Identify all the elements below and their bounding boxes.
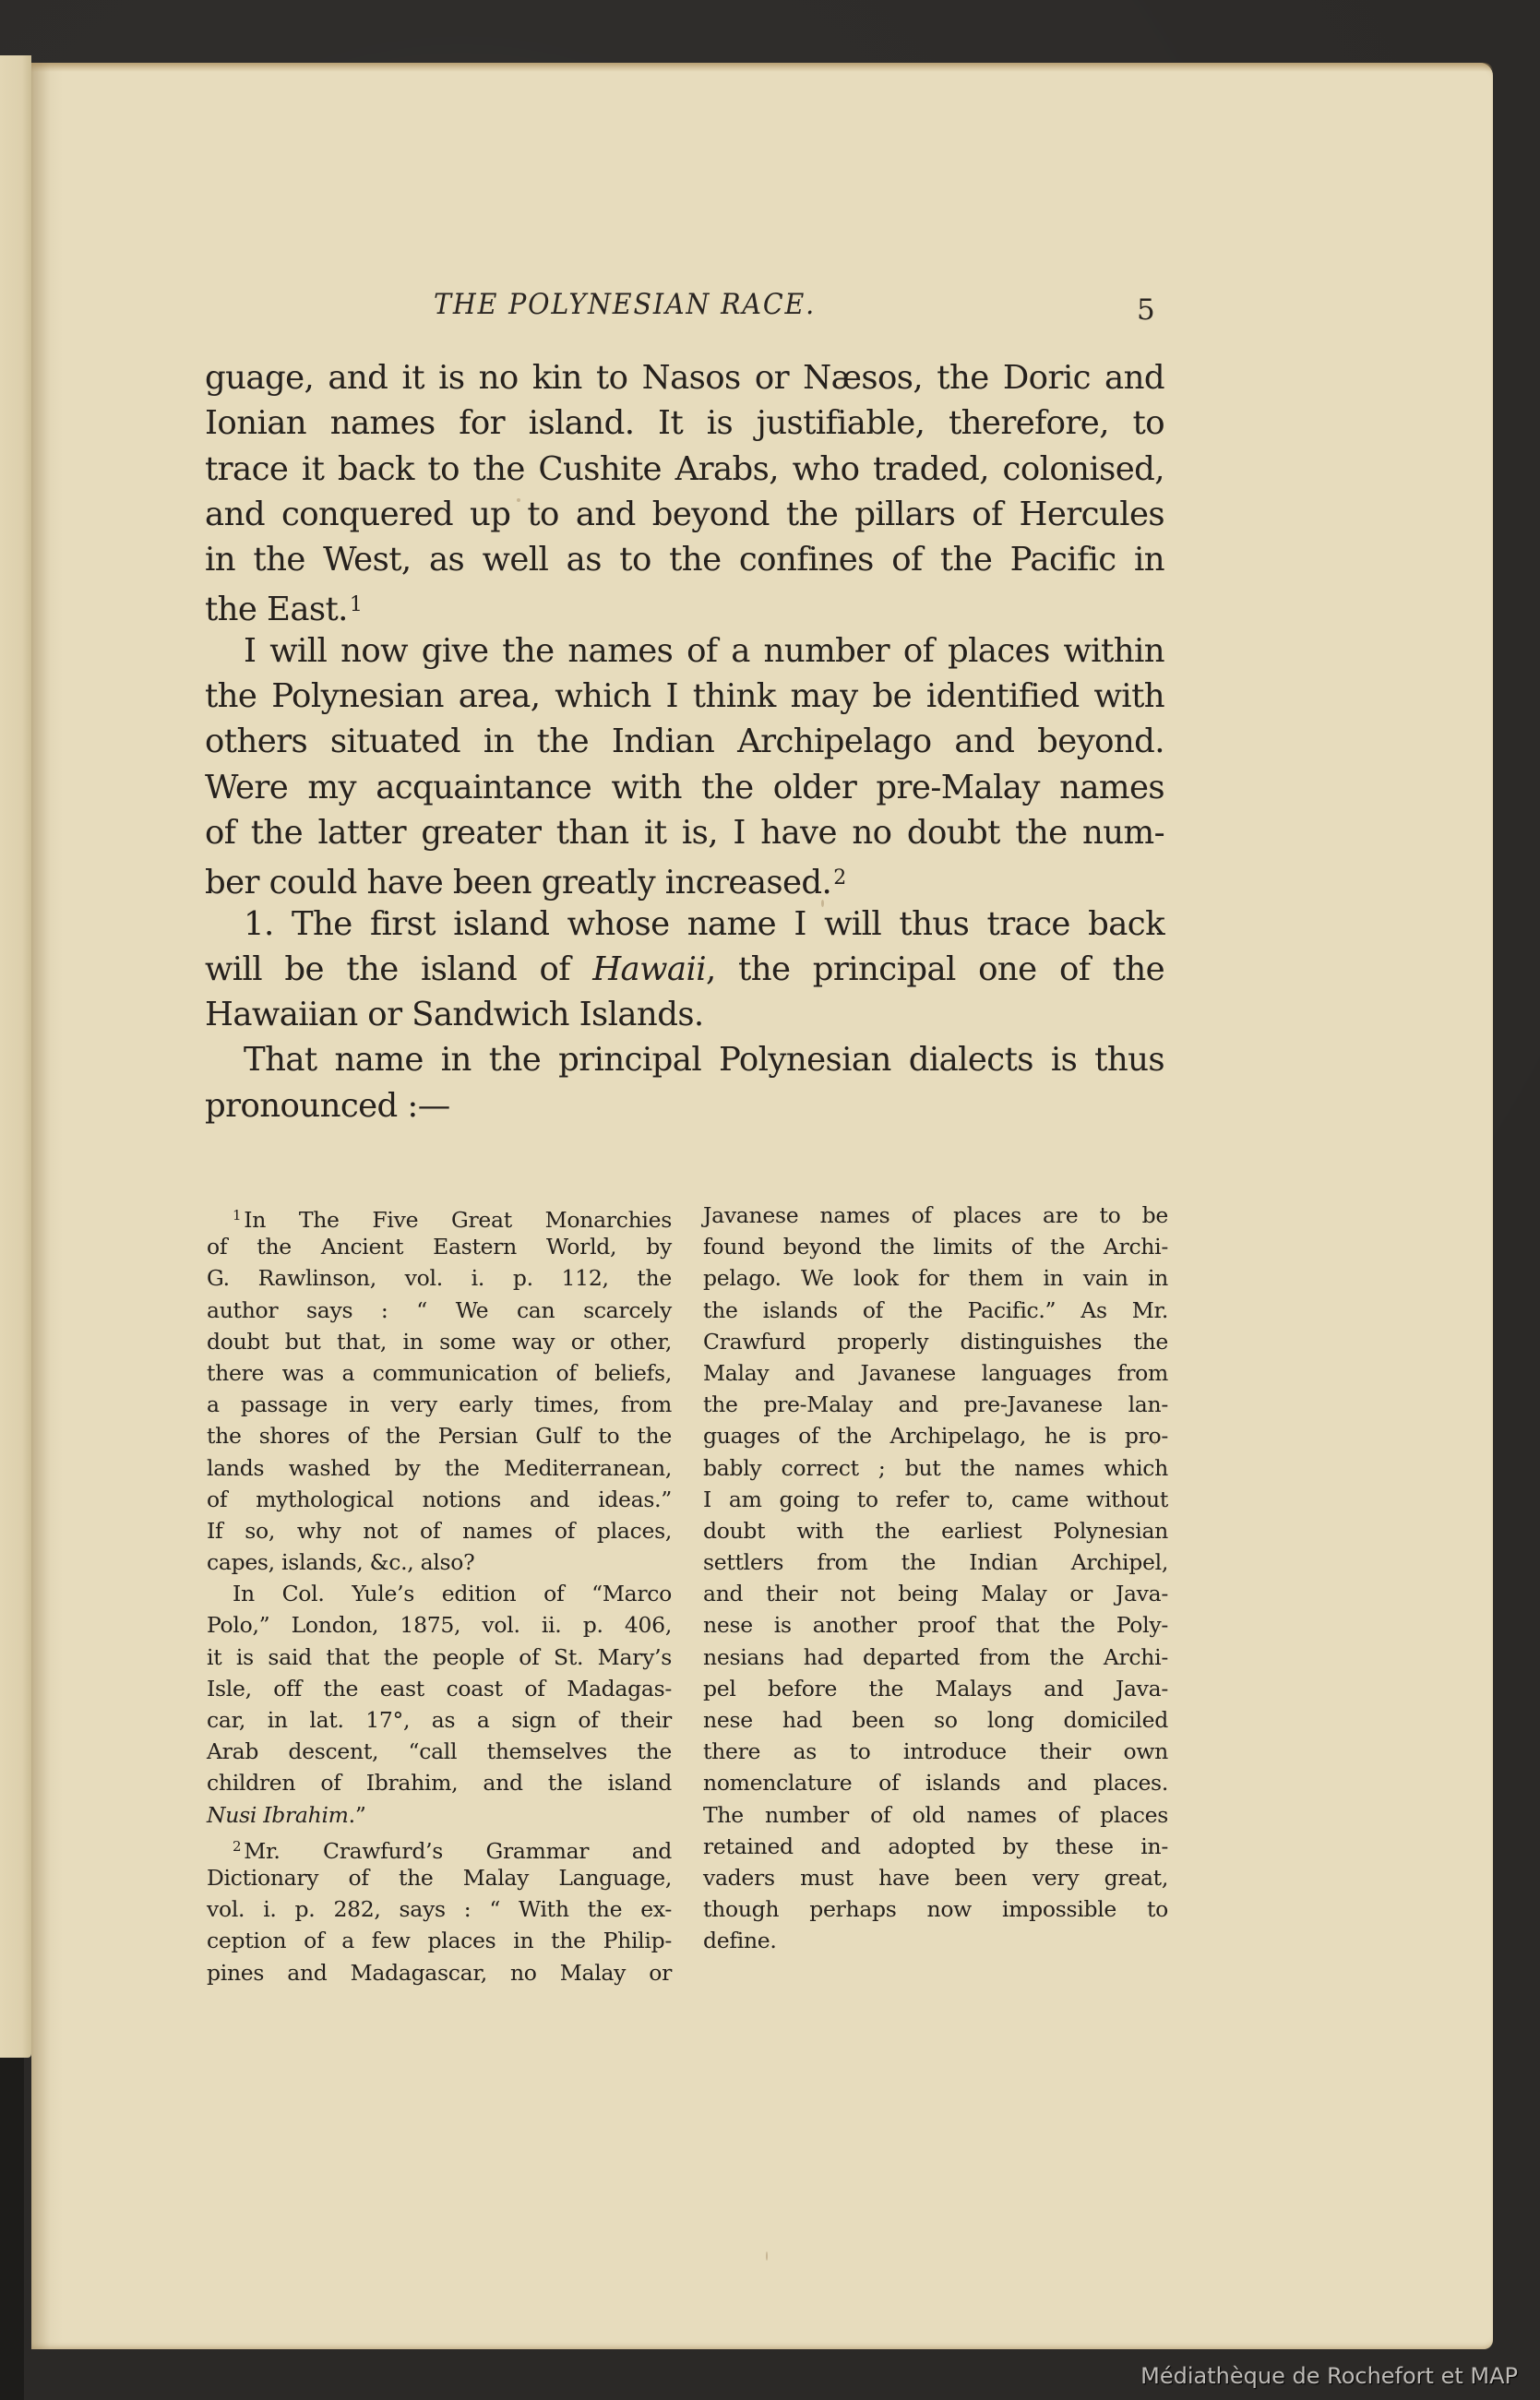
footnote-line: Malay and Javanese languages from [703, 1357, 1168, 1389]
body-line: Were my acquaintance with the older pre-… [205, 765, 1164, 810]
footnote-line: Nusi Ibrahim.” [207, 1799, 672, 1831]
footnote-line: capes, islands, &c., also? [207, 1546, 672, 1578]
body-line: others situated in the Indian Archipelag… [205, 719, 1164, 764]
body-line: and conquered up to and beyond the pilla… [205, 492, 1164, 537]
footnote-line: guages of the Archipelago, he is pro- [703, 1420, 1168, 1451]
footnote-line: define. [703, 1925, 1168, 1956]
running-head: THE POLYNESIAN RACE. [434, 288, 842, 321]
body-line: I will now give the names of a number of… [205, 628, 1164, 674]
footnote-line: it is said that the people of St. Mary’s [207, 1642, 672, 1673]
footnote-line: Crawfurd properly distinguishes the [703, 1326, 1168, 1357]
footnote-line: though perhaps now impossible to [703, 1893, 1168, 1925]
binding-shadow [0, 2058, 24, 2400]
footnote-column-right: Javanese names of places are to be found… [703, 1200, 1168, 1988]
body-text: guage, and it is no kin to Nasos or Næso… [205, 355, 1164, 1128]
footnote-line: Polo,” London, 1875, vol. ii. p. 406, [207, 1609, 672, 1641]
footnote-line: there was a communication of beliefs, [207, 1357, 672, 1389]
footnote-line: retained and adopted by these in- [703, 1831, 1168, 1862]
footnote-line: found beyond the limits of the Archi- [703, 1231, 1168, 1262]
footnote-line: a passage in very early times, from [207, 1389, 672, 1420]
footnote-line: nese had been so long domiciled [703, 1704, 1168, 1736]
watermark: Médiathèque de Rochefort et MAP [1140, 2363, 1518, 2389]
footnote-line: the islands of the Pacific.” As Mr. [703, 1295, 1168, 1326]
footnote-line: G. Rawlinson, vol. i. p. 112, the [207, 1262, 672, 1294]
footnote-line: settlers from the Indian Archipel, [703, 1546, 1168, 1578]
previous-page-edge [0, 55, 31, 2058]
footnote-line: lands washed by the Mediterranean, [207, 1452, 672, 1484]
body-line: the Polynesian area, which I think may b… [205, 674, 1164, 719]
footnote-line: children of Ibrahim, and the island [207, 1767, 672, 1798]
footnote-line: nese is another proof that the Poly- [703, 1609, 1168, 1641]
paper-speck [517, 498, 520, 502]
footnote-line: Isle, off the east coast of Madagas- [207, 1673, 672, 1704]
footnote-line: car, in lat. 17°, as a sign of their [207, 1704, 672, 1736]
footnote-line: doubt but that, in some way or other, [207, 1326, 672, 1357]
footnote-line: author says : “ We can scarcely [207, 1295, 672, 1326]
footnote-line: nomenclature of islands and places. [703, 1767, 1168, 1798]
footnote-ref-2: 2 [833, 866, 845, 890]
paper-speck [766, 2251, 768, 2261]
page-top-edge [31, 63, 1493, 72]
footnote-line: doubt with the earliest Polynesian [703, 1515, 1168, 1546]
footnote-line: pel before the Malays and Java- [703, 1673, 1168, 1704]
footnote-line: pelago. We look for them in vain in [703, 1262, 1168, 1294]
footnote-line: vol. i. p. 282, says : “ With the ex- [207, 1893, 672, 1925]
footnote-column-left: 1In The Five Great Monarchies of the Anc… [207, 1200, 672, 1988]
footnote-line: The number of old names of places [703, 1799, 1168, 1831]
footnote-ref-1: 1 [350, 593, 362, 616]
footnote-line: If so, why not of names of places, [207, 1515, 672, 1546]
footnote-line: of the Ancient Eastern World, by [207, 1231, 672, 1262]
footnote-line: In Col. Yule’s edition of “Marco [207, 1578, 672, 1609]
footnote-line: and their not being Malay or Java- [703, 1578, 1168, 1609]
footnote-line: Arab descent, “call themselves the [207, 1736, 672, 1767]
footnote-marker-1: 1 [233, 1207, 241, 1224]
body-line: Ionian names for island. It is justifiab… [205, 400, 1164, 446]
page-number: 5 [1137, 293, 1155, 327]
footnote-line: Dictionary of the Malay Language, [207, 1862, 672, 1893]
footnote-line: ception of a few places in the Philip- [207, 1925, 672, 1956]
body-line: trace it back to the Cushite Arabs, who … [205, 447, 1164, 492]
body-line: That name in the principal Polynesian di… [205, 1037, 1164, 1082]
footnote-line: 1In The Five Great Monarchies [207, 1200, 672, 1231]
footnote-line: 2Mr. Crawfurd’s Grammar and [207, 1831, 672, 1862]
footnote-line: there as to introduce their own [703, 1736, 1168, 1767]
body-line: Hawaiian or Sandwich Islands. [205, 992, 1164, 1037]
body-line: 1. The first island whose name I will th… [205, 901, 1164, 947]
footnote-line: the shores of the Persian Gulf to the [207, 1420, 672, 1451]
body-line: will be the island of Hawaii, the princi… [205, 947, 1164, 992]
footnote-line: I am going to refer to, came without [703, 1484, 1168, 1515]
footnotes: 1In The Five Great Monarchies of the Anc… [207, 1200, 1168, 1988]
body-line: guage, and it is no kin to Nasos or Næso… [205, 355, 1164, 400]
footnote-line: pines and Madagascar, no Malay or [207, 1957, 672, 1988]
footnote-line: nesians had departed from the Archi- [703, 1642, 1168, 1673]
paper-speck [821, 900, 824, 907]
footnote-marker-2: 2 [233, 1838, 241, 1855]
paper-speck [1153, 1439, 1156, 1445]
italic-nusi-ibrahim: Nusi Ibrahim [207, 1802, 349, 1828]
body-line: of the latter greater than it is, I have… [205, 810, 1164, 855]
body-line: ber could have been greatly increased.2 [205, 855, 1164, 901]
body-line: the East.1 [205, 582, 1164, 627]
footnote-line: Javanese names of places are to be [703, 1200, 1168, 1231]
gutter-shadow [31, 63, 63, 2349]
footnote-line: of mythological notions and ideas.” [207, 1484, 672, 1515]
footnote-line: bably correct ; but the names which [703, 1452, 1168, 1484]
footnote-line: the pre-Malay and pre-Javanese lan- [703, 1389, 1168, 1420]
body-line: pronounced :— [205, 1083, 1164, 1128]
italic-hawaii: Hawaii [592, 950, 706, 988]
body-line: in the West, as well as to the confines … [205, 537, 1164, 582]
footnote-line: vaders must have been very great, [703, 1862, 1168, 1893]
